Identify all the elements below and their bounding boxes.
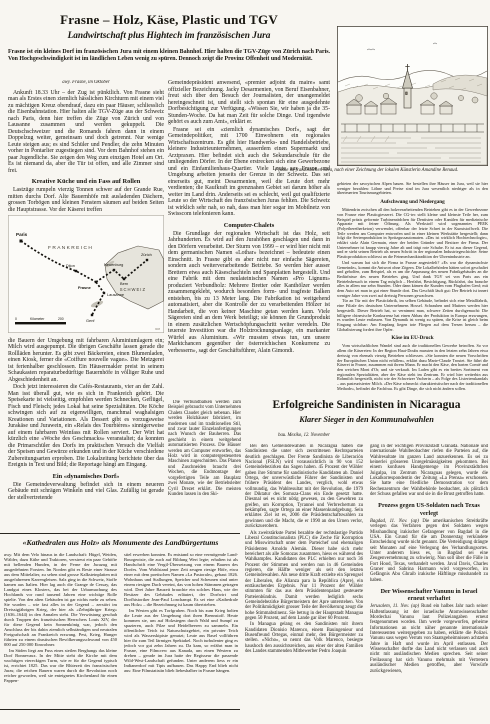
- short-texas-title: Prozess gegen US-Soldaten nach Texas ver…: [374, 502, 484, 516]
- kathedralen-paragraph: stiel erwerben konnten. Es entstand so e…: [124, 552, 238, 607]
- kathedralen-title: «Kathedralen aus Holz» als Monumente des…: [2, 538, 239, 547]
- nicaragua-paragraph: In Managua gelang es den Sandinisten mit…: [245, 622, 363, 654]
- france-switzerland-map: Paris FRANKREICH Dijon Frasne Neuenburg …: [8, 215, 164, 333]
- map-label-dijon: Dijon: [66, 263, 75, 268]
- nicaragua-column-b: gang in der wichtigen Provinzstadt Grana…: [370, 444, 488, 704]
- map-label-frasne: Frasne: [78, 285, 92, 290]
- short-vanunu-title: Der Wissenschafter Vanunu in Israel erne…: [374, 588, 484, 602]
- map-scale-end: 200: [58, 317, 64, 321]
- frasne-column-1: awy. Frasne, im Oktober Ankunft 18.33 Uh…: [8, 80, 164, 530]
- map-label-bern: Bern: [120, 281, 128, 286]
- short-texas-dateline: Bagdad, 11. Nov. (ap): [370, 519, 419, 524]
- short-vanunu-body: Jerusalem, 11. Nov. (ap) Rund ein halbes…: [370, 604, 488, 673]
- frasne-paragraph: Doch jetzt interessieren die Cafés-Resta…: [8, 384, 164, 469]
- kathedralen-column-a: awy. Mit dem Velo hinaus in die Landscha…: [4, 552, 117, 707]
- frasne-column-2: Gemeindepräsident anwesend, «premier adj…: [168, 80, 330, 397]
- frasne-subhead-chalets: Computer-Chalets: [168, 222, 330, 229]
- kathedralen-text: Mit dem Velo hinaus in die Landschaft: H…: [4, 552, 117, 647]
- frasne-header: Frasne – Holz, Käse, Plastic und TGV Lan…: [8, 12, 330, 63]
- nicaragua-byline: bau. Mexiko, 12. November: [245, 433, 363, 438]
- kathedralen-paragraph: awy. Mit dem Velo hinaus in die Landscha…: [4, 552, 117, 647]
- frasne-subhead-boom: Aufschwung und Niedergang: [337, 199, 488, 206]
- short-vanunu-dateline: Jerusalem, 11. Nov. (ap): [370, 604, 419, 609]
- map-label-neuenburg: Neuenburg: [104, 262, 123, 267]
- map-label-zuerich: Zürich: [141, 252, 152, 257]
- short-texas-text: Die amerikanischen Streitkräfte verlegen…: [370, 519, 488, 583]
- frasne-paragraph: gebieten der savoyischen Alpen bauen. Si…: [337, 182, 488, 196]
- frasne-paragraph: die Bauern der Umgebung mit fahrbaren Al…: [8, 338, 164, 384]
- frasne-subhead-village: Ein «dynamisches Dorf»: [8, 473, 164, 480]
- map-scale-start: 0: [15, 317, 17, 321]
- kathedralen-paragraph: Im Westen gibt es Torfgruben. Noch bis z…: [124, 608, 238, 673]
- frasne-paragraph: Frasne sei ein «ziemlich dynamisches Dor…: [168, 127, 330, 218]
- frasne-paragraph: Vom wirtschaftlichen Wandel sind auch di…: [337, 344, 488, 391]
- map-label-lausanne: Lausanne: [107, 292, 124, 297]
- box-bottom-rule: [0, 709, 240, 710]
- frasne-paragraph: Mittendrin zwischen all den holzverarbei…: [337, 208, 488, 260]
- frasne-subtitle: Landwirtschaft plus Hightech im französi…: [8, 31, 330, 42]
- frasne-paragraph: Lastzüge rumpeln vierzig Tonnen schwer a…: [8, 187, 164, 213]
- frasne-photo: [337, 26, 488, 166]
- nicaragua-paragraph: Bei den Gemeindewahlen in Nicaragua habe…: [245, 444, 363, 530]
- nicaragua-column-a: Bei den Gemeindewahlen in Nicaragua habe…: [245, 444, 363, 704]
- frasne-subhead-kitchen: Kreative Küche und ein Fass auf Rollen: [8, 178, 164, 185]
- nicaragua-title: Erfolgreiche Sandinisten in Nicaragua: [245, 399, 488, 412]
- nicaragua-paragraph: Als zweitstärkste Partei bezahlte der re…: [245, 531, 363, 622]
- map-scale-label: Kilometer: [30, 317, 45, 321]
- frasne-byline: awy. Frasne, im Oktober: [8, 80, 164, 87]
- map-label-genf: Genf: [86, 318, 95, 323]
- frasne-paragraph: Die Verbundbalken werden zum Beispiel ge…: [168, 400, 241, 497]
- frasne-paragraph: Tür an Tür mit der Plasticfabrik, im sel…: [337, 299, 488, 332]
- nicaragua-subtitle: Klarer Sieger in den Kommunalwahlen: [245, 415, 488, 425]
- frasne-paragraph: Die Gemeindeverwaltung befindet sich in …: [8, 482, 164, 502]
- frasne-title: Frasne – Holz, Käse, Plastic und TGV: [8, 12, 330, 27]
- box-top-rule: [0, 533, 240, 534]
- frasne-subhead-cheese: Käse im EU-Druck: [337, 335, 488, 342]
- map-label-schweiz: SCHWEIZ: [120, 287, 146, 292]
- short-texas-body: Bagdad, 11. Nov. (ap) Die amerikanischen…: [370, 519, 488, 583]
- nicaragua-header: Erfolgreiche Sandinisten in Nicaragua Kl…: [245, 399, 488, 425]
- map-corner-note: 908: [155, 327, 160, 331]
- frasne-paragraph: Und warum hat sich die Firma in Frasne a…: [337, 261, 488, 299]
- frasne-lead: Frasne ist ein kleines Dorf im französis…: [8, 49, 330, 63]
- map-label-paris: Paris: [16, 232, 28, 237]
- kathedralen-column-b: stiel erwerben konnten. Es entstand so e…: [124, 552, 238, 707]
- frasne-column-3: gebieten der savoyischen Alpen bauen. Si…: [337, 182, 488, 396]
- nicaragua-paragraph: gang in der wichtigen Provinzstadt Grana…: [370, 444, 488, 497]
- rail-map: Paris FRANKREICH Dijon Frasne Neuenburg …: [8, 215, 164, 336]
- kathedralen-paragraph: Im Süden liegt am Fuss eines steilen Ber…: [4, 648, 117, 683]
- frasne-paragraph: Gemeindepräsident anwesend, «premier adj…: [168, 80, 330, 126]
- village-sketch-illustration: [337, 26, 488, 166]
- short-vanunu-text: Rund ein halbes Jahr nach seiner Haftent…: [370, 604, 488, 673]
- frasne-paragraph: Die Grundlage der regionalen Wirtschaft …: [168, 231, 330, 355]
- map-label-frankreich: FRANKREICH: [48, 245, 93, 251]
- frasne-column-2-continuation: Die Verbundbalken werden zum Beispiel ge…: [168, 400, 241, 530]
- frasne-paragraph: Ankunft 18.33 Uhr – der Zug ist pünktlic…: [8, 90, 164, 175]
